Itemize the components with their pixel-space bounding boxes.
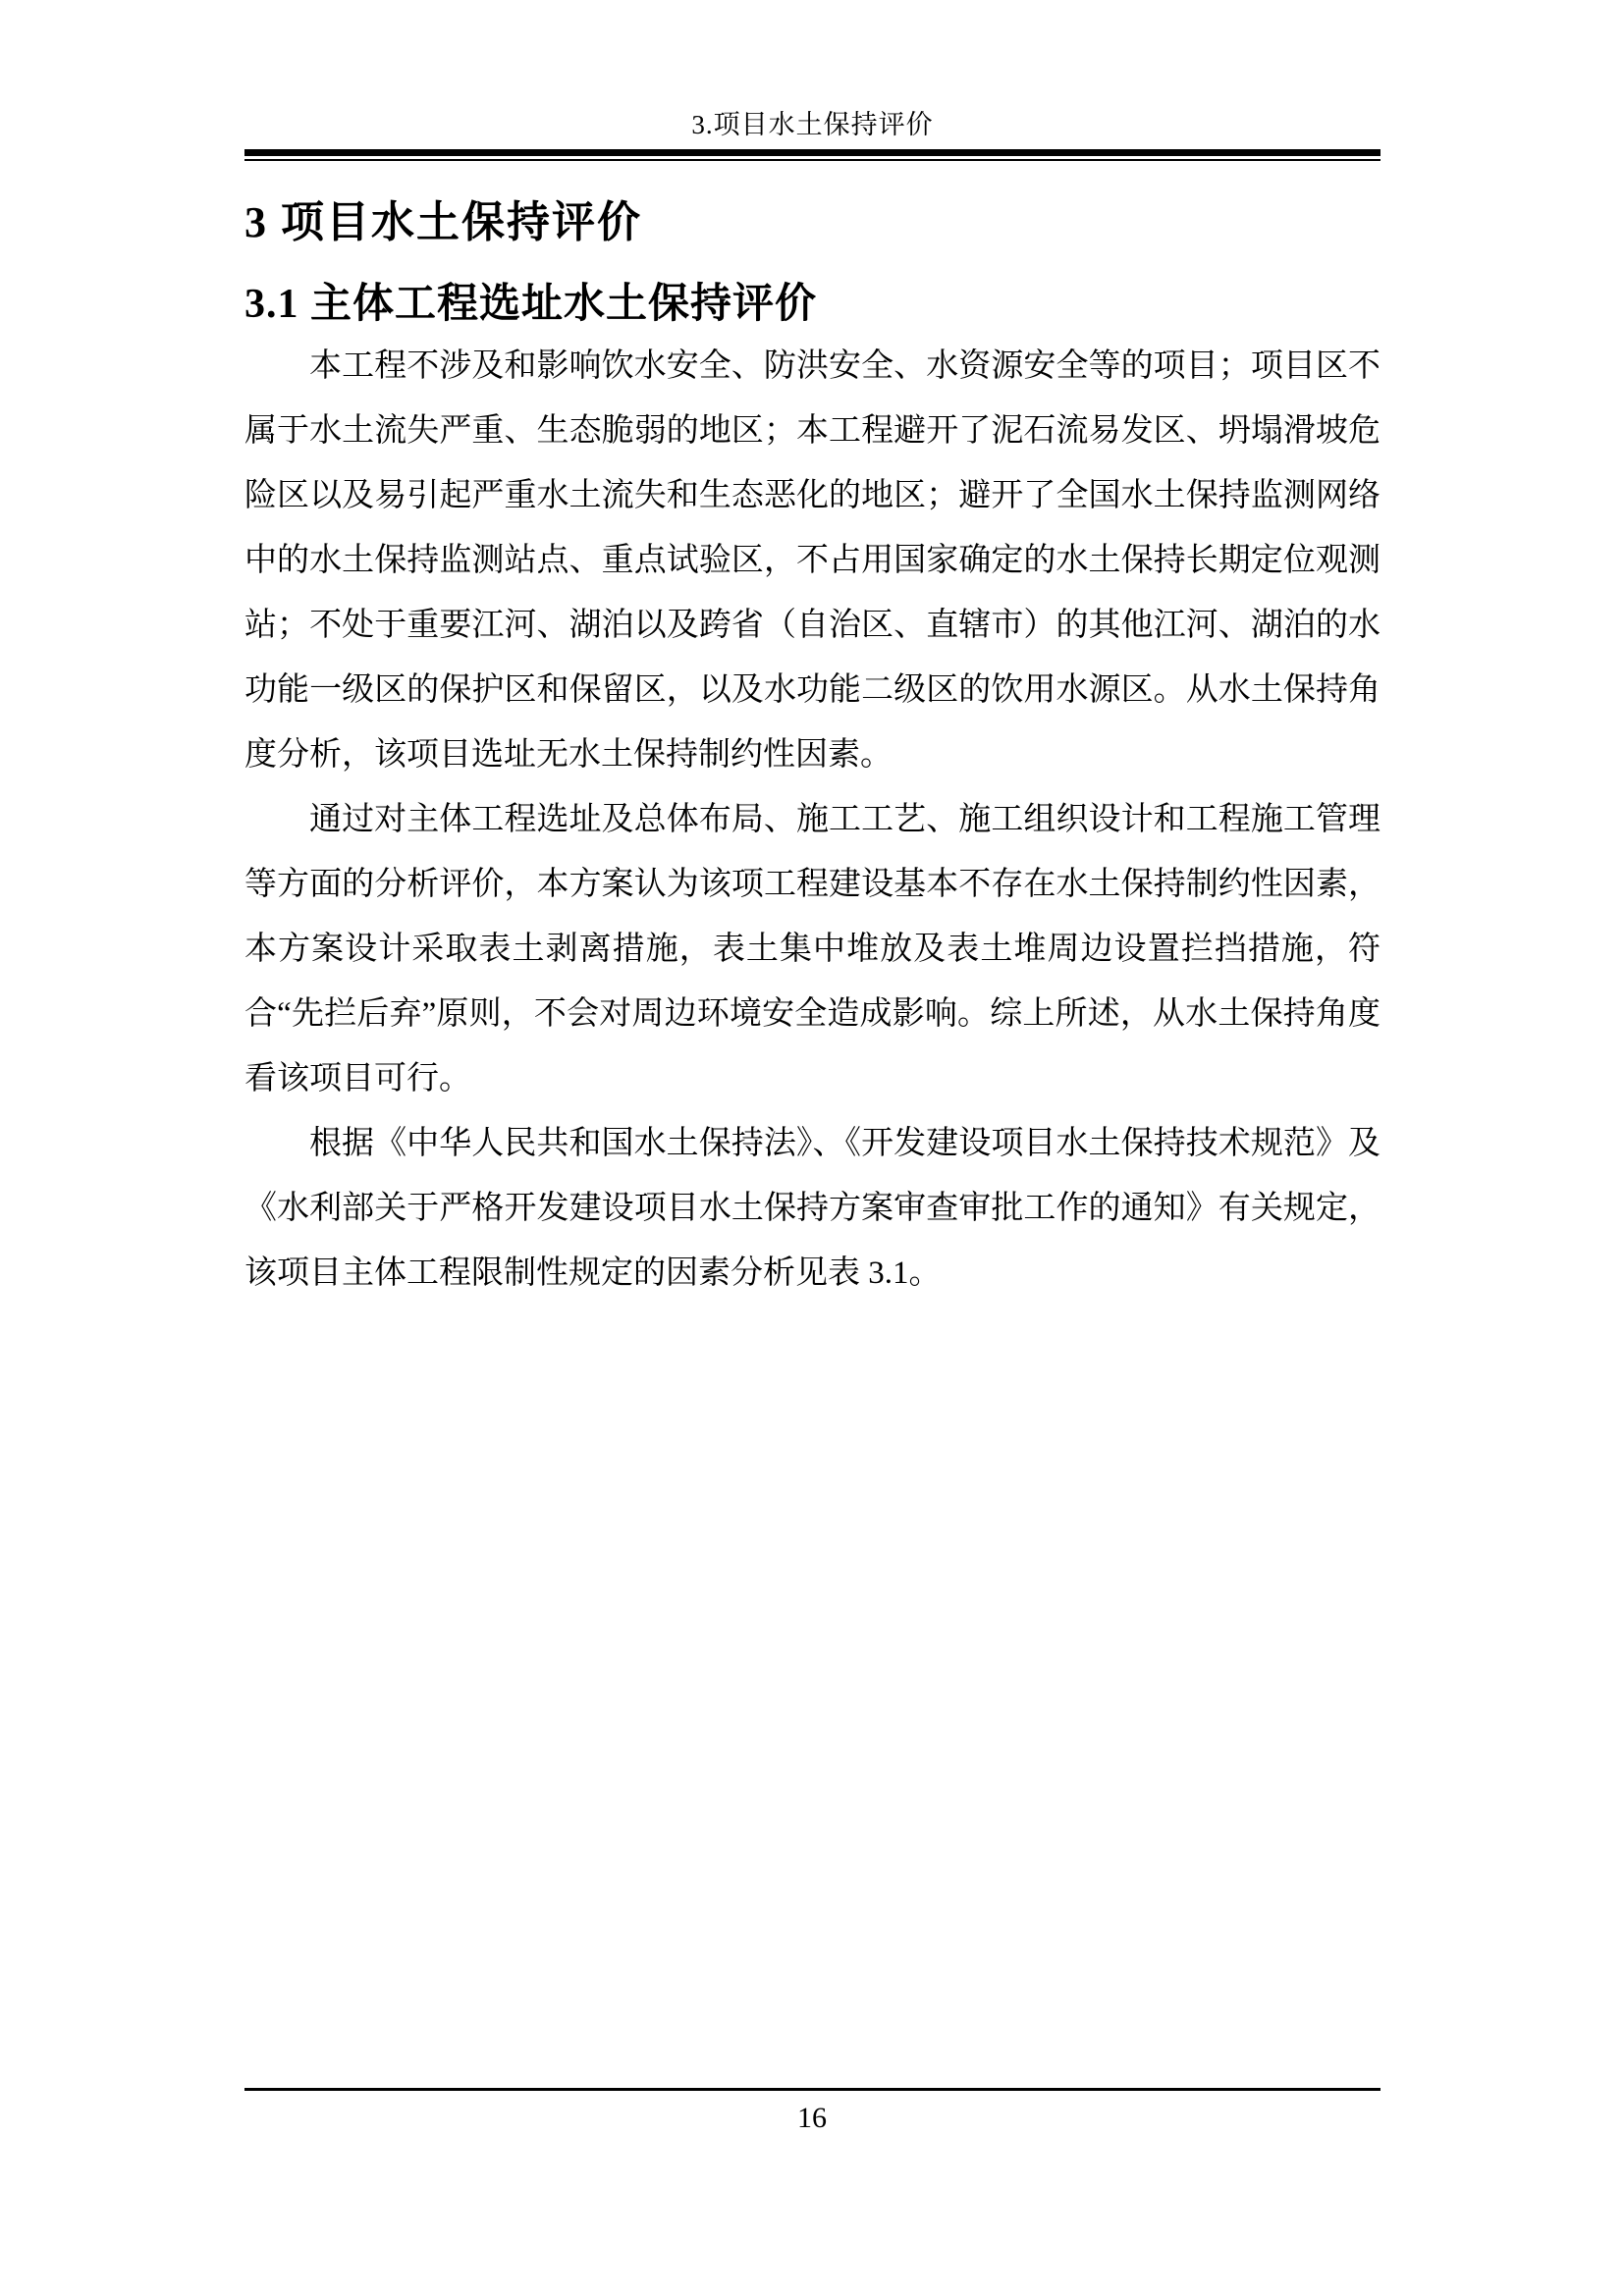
page-number: 16 xyxy=(0,2101,1624,2136)
footer-rule xyxy=(244,2088,1380,2091)
document-page: 3.项目水土保持评价 3 项目水土保持评价 3.1 主体工程选址水土保持评价 本… xyxy=(0,0,1624,2296)
running-header-title: 3.项目水土保持评价 xyxy=(244,108,1380,141)
section-heading: 3 项目水土保持评价 xyxy=(244,200,1380,245)
paragraph: 本工程不涉及和影响饮水安全、防洪安全、水资源安全等的项目；项目区不属于水土流失严… xyxy=(244,334,1380,787)
document-content: 3 项目水土保持评价 3.1 主体工程选址水土保持评价 本工程不涉及和影响饮水安… xyxy=(244,200,1380,1306)
paragraph: 通过对主体工程选址及总体布局、施工工艺、施工组织设计和工程施工管理等方面的分析评… xyxy=(244,787,1380,1111)
header-rule xyxy=(244,149,1380,161)
paragraph: 根据《中华人民共和国水土保持法》、《开发建设项目水土保持技术规范》及《水利部关于… xyxy=(244,1111,1380,1306)
subsection-heading: 3.1 主体工程选址水土保持评价 xyxy=(244,283,1380,326)
